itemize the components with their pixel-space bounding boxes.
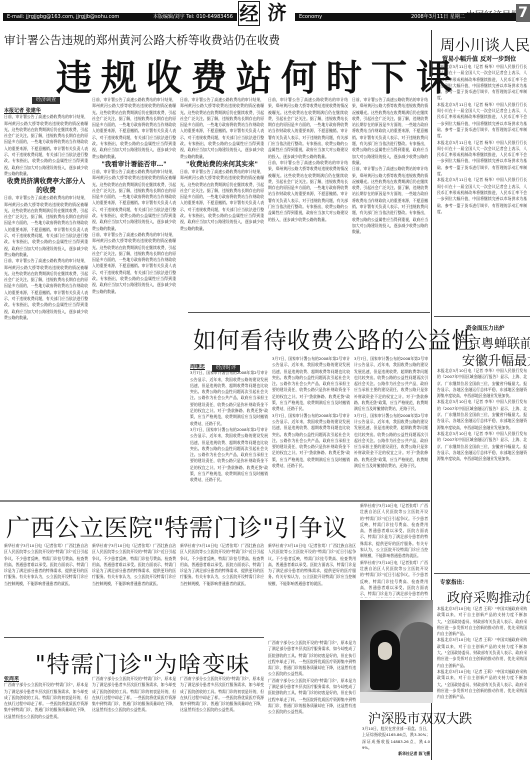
sidebar-story1-body: 本报北京3月11日电（记者 杨华）中国人民银行行长周小川在十一届全国人大一次会议… [437, 64, 527, 312]
opinion-body-2: 3月7日，国家审计署公布的2008年第2号审计公告显示，近年来，我国收费公路的建… [272, 356, 350, 413]
sidebar-story1-text-b: 本报北京3月11日电（记者 杨华）中国人民银行行长周小川在十一届全国人大一次会议… [437, 102, 527, 140]
opinion-column-1: 周继忠 3月7日，国家审计署公布的2008年第2号审计公告显示，近年来，我国收费… [190, 364, 268, 497]
sidebar-story3-text-b: 本报北京3月10日电（记者 王莉）"中国实施政府采购政策以来，对于自主创新产品的… [437, 637, 527, 668]
newspaper-logo: 中国经济导报 [466, 8, 520, 21]
commentary-body-4b: 广西南宁部分公立医院开设的"特需门诊"，原本是为了满足部分患者多层次医疗服务需求… [268, 678, 356, 716]
commentary-body-3: 广西南宁部分公立医院开设的"特需门诊"，原本是为了满足部分患者多层次医疗服务需求… [180, 676, 264, 714]
hospital-body-5: 新华社南宁3月10日电（记者张莺）广西壮族自治区人民医院等公立医院开设的"特需门… [360, 503, 428, 560]
lead-column-5: 日前，审计署公告了高速公路收费站的审计结果，郑州黄河公路大桥等收费站违规收费的情… [352, 97, 428, 307]
photo-caption-text: 3月10日，股民在营业部一看盘。当日，上证综指收报4165.86点，跌3.30%… [362, 726, 430, 751]
lead-body-1b: 日前，审计署公告了高速公路收费站的审计结果，郑州黄河公路大桥等收费站违规收费的情… [4, 195, 88, 258]
lead-label: 经济调查 [32, 97, 60, 104]
commentary-body-2: 广西南宁部分公立医院开设的"特需门诊"，原本是为了满足部分患者多层次医疗服务需求… [92, 676, 176, 714]
lead-body-5: 日前，审计署公告了高速公路收费站的审计结果，郑州黄河公路大桥等收费站违规收费的情… [352, 97, 428, 166]
lead-body-2c: 日前，审计署公告了高速公路收费站的审计结果，郑州黄河公路大桥等收费站违规收费的情… [92, 232, 176, 295]
sidebar-story2-text-b: 本报北京3月10日电（记者 李华）中国人民银行发布的《2007年中国区域金融运行… [437, 399, 527, 430]
photo-figure-woman [370, 630, 400, 690]
hospital-body-4: 新华社南宁3月10日电（记者张莺）广西壮族自治区人民医院等公立医院开设的"特需门… [268, 543, 356, 587]
lead-body-4: 日前，审计署公告了高速公路收费站的审计结果，郑州黄河公路大桥等收费站违规收费的情… [268, 97, 348, 160]
lead-body-4b: 日前，审计署公告了高速公路收费站的审计结果，郑州黄河公路大桥等收费站违规收费的情… [268, 160, 348, 223]
lead-body-3b: 日前，审计署公告了高速公路收费站的审计结果，郑州黄河公路大桥等收费站违规收费的情… [180, 169, 264, 232]
sidebar-story2-text: 本报北京3月10日电（记者 李华）中国人民银行发布的《2007年中国区域金融运行… [437, 368, 527, 399]
lead-body-1: 日前，审计署公告了高速公路收费站的审计结果，郑州黄河公路大桥等收费站违规收费的情… [4, 114, 88, 177]
email-text: E-mail: jjrgjjgbg@163.com, jjrgjjb@sohu.… [7, 14, 119, 20]
lead-headline: 违规收费站何时下课 [56, 50, 461, 101]
opinion-body-2b: 3月7日，国家审计署公布的2008年第2号审计公告显示，近年来，我国收费公路的建… [272, 413, 350, 470]
lead-column-1: 经济调查 本报记者 张建华 日前，审计署公告了高速公路收费站的审计结果，郑州黄河… [4, 97, 88, 497]
commentary-column-4: 广西南宁部分公立医院开设的"特需门诊"，原本是为了满足部分患者多层次医疗服务需求… [268, 640, 356, 760]
sidebar-story1-headline: 周小川谈人民币汇率 [440, 34, 530, 55]
opinion-column-3: 3月7日，国家审计署公布的2008年第2号审计公告显示，近年来，我国收费公路的建… [354, 356, 428, 497]
opinion-column-2: 3月7日，国家审计署公布的2008年第2号审计公告显示，近年来，我国收费公路的建… [272, 356, 350, 497]
hospital-body-2: 新华社南宁3月10日电（记者张莺）广西壮族自治区人民医院等公立医院开设的"特需门… [92, 543, 176, 587]
sidebar-story2-body: 本报北京3月10日电（记者 李华）中国人民银行发布的《2007年中国区域金融运行… [437, 368, 527, 560]
commentary-headline: "特需门诊"为啥变味 [35, 646, 250, 679]
header-bar-left: E-mail: jjrgjjgbg@163.com, jjrgjjb@sohu.… [3, 13, 237, 21]
lead-column-3: 日前，审计署公告了高速公路收费站的审计结果，郑州黄河公路大桥等收费站违规收费的情… [180, 97, 264, 307]
hospital-column-5: 新华社南宁3月10日电（记者张莺）广西壮族自治区人民医院等公立医院开设的"特需门… [360, 503, 428, 598]
hospital-column-3: 新华社南宁3月10日电（记者张莺）广西壮族自治区人民医院等公立医院开设的"特需门… [180, 543, 264, 633]
sidebar-rule-2 [434, 573, 530, 574]
page-number: 7 [516, 4, 530, 22]
sidebar-story1-subheadline: 贸易小幅升值 反对一步到位 [442, 54, 516, 63]
sidebar-story3-body: 本报北京3月10日电（记者 王莉）"中国实施政府采购政策以来，对于自主创新产品的… [437, 606, 527, 761]
hospital-body-3: 新华社南宁3月10日电（记者张莺）广西壮族自治区人民医院等公立医院开设的"特需门… [180, 543, 264, 587]
section-title-char2: 济 [266, 1, 288, 26]
hospital-headline: 广西公立医院"特需门诊"引争议 [6, 508, 348, 543]
commentary-body-1: 广西南宁部分公立医院开设的"特需门诊"，原本是为了满足部分患者多层次医疗服务需求… [4, 682, 88, 720]
lead-kicker: 审计署公告违规的郑州黄河公路大桥等收费站仍在收费 [4, 32, 280, 48]
opinion-body-1: 3月7日，国家审计署公布的2008年第2号审计公告显示，近年来，我国收费公路的建… [190, 370, 268, 427]
sidebar-story1-text-d: 本报北京3月11日电（记者 杨华）中国人民银行行长周小川在十一届全国人大一次会议… [437, 177, 527, 215]
lead-subhead-3: "收费站费的来何其实来" [180, 160, 264, 169]
lead-body-1c: 日前，审计署公告了高速公路收费站的审计结果，郑州黄河公路大桥等收费站违规收费的情… [4, 258, 88, 321]
sidebar-story1-text-c: 本报北京3月11日电（记者 杨华）中国人民银行行长周小川在十一届全国人大一次会议… [437, 140, 527, 178]
commentary-top-rule [4, 637, 264, 638]
editor-tel-text: 本版编辑/刘宇 Tel: 010-64983456 [153, 13, 233, 21]
lead-subhead-1: 收费员挤满收费亭大部分人的收费 [4, 177, 88, 195]
opinion-body-3b: 3月7日，国家审计署公布的2008年第2号审计公告显示，近年来，我国收费公路的建… [354, 413, 428, 470]
sidebar-rule-1 [434, 316, 530, 317]
opinion-body-1b: 3月7日，国家审计署公布的2008年第2号审计公告显示，近年来，我国收费公路的建… [190, 427, 268, 484]
commentary-column-3: 广西南宁部分公立医院开设的"特需门诊"，原本是为了满足部分患者多层次医疗服务需求… [180, 676, 264, 761]
lead-column-2: 日前，审计署公告了高速公路收费站的审计结果，郑州黄河公路大桥等收费站违规收费的情… [92, 97, 176, 497]
sidebar-story3-text: 本报北京3月10日电（记者 王莉）"中国实施政府采购政策以来，对于自主创新产品的… [437, 606, 527, 637]
hospital-top-rule [0, 500, 430, 502]
section-english: Economy [299, 14, 322, 20]
sidebar-story2-text-c: 本报北京3月10日电（记者 李华）中国人民银行发布的《2007年中国区域金融运行… [437, 431, 527, 462]
lead-body-2b: 日前，审计署公告了高速公路收费站的审计结果，郑州黄河公路大桥等收费站违规收费的情… [92, 169, 176, 232]
photo-caption-body: 3月10日，股民在营业部一看盘。当日，上证综指收报4165.86点，跌3.30%… [362, 726, 430, 761]
lead-body-2: 日前，审计署公告了高速公路收费站的审计结果，郑州黄河公路大桥等收费站违规收费的情… [92, 97, 176, 160]
hospital-column-2: 新华社南宁3月10日电（记者张莺）广西壮族自治区人民医院等公立医院开设的"特需门… [92, 543, 176, 633]
lead-body-5b: 日前，审计署公告了高速公路收费站的审计结果，郑州黄河公路大桥等收费站违规收费的情… [352, 166, 428, 235]
commentary-body-4: 广西南宁部分公立医院开设的"特需门诊"，原本是为了满足部分患者多层次医疗服务需求… [268, 640, 356, 678]
opinion-headline: 如何看待收费公路的公益性 [193, 322, 475, 355]
photo-desk [360, 692, 433, 703]
lead-column-4: 日前，审计署公告了高速公路收费站的审计结果，郑州黄河公路大桥等收费站违规收费的情… [268, 97, 348, 307]
sidebar-story3-kicker: 专家指出： [440, 578, 468, 586]
section-title-char1: 经 [238, 1, 260, 26]
sidebar-story3-text-c: 本报北京3月10日电（记者 王莉）"中国实施政府采购政策以来，对于自主创新产品的… [437, 669, 527, 700]
photo-figure-back [400, 622, 433, 703]
photo-caption-title: 沪深股市双双大跌 [368, 708, 472, 727]
hospital-column-1: 新华社南宁3月10日电（记者张莺）广西壮族自治区人民医院等公立医院开设的"特需门… [4, 543, 88, 633]
opinion-body-3: 3月7日，国家审计署公布的2008年第2号审计公告显示，近年来，我国收费公路的建… [354, 356, 428, 413]
issue-date: 2008年3月11日 星期二 [411, 13, 465, 21]
lead-subhead-2: "我看审计署能否审…" [92, 160, 176, 169]
commentary-column-2: 广西南宁部分公立医院开设的"特需门诊"，原本是为了满足部分患者多层次医疗服务需求… [92, 676, 176, 761]
page-header: E-mail: jjrgjjgbg@163.com, jjrgjjb@sohu.… [0, 0, 530, 28]
sidebar-story3-headline: 政府采购推动创新 [447, 587, 530, 606]
hospital-column-4: 新华社南宁3月10日电（记者张莺）广西壮族自治区人民医院等公立医院开设的"特需门… [268, 543, 356, 598]
photo-face [378, 642, 392, 660]
hospital-body-5b: 新华社南宁3月10日电（记者张莺）广西壮族自治区人民医院等公立医院开设的"特需门… [360, 560, 428, 598]
commentary-column-1: 张周来 广西南宁部分公立医院开设的"特需门诊"，原本是为了满足部分患者多层次医疗… [4, 676, 88, 761]
hospital-body-1: 新华社南宁3月10日电（记者张莺）广西壮族自治区人民医院等公立医院开设的"特需门… [4, 543, 88, 587]
photo-credit: 新华社记者 陈飞摄 [362, 751, 430, 757]
lead-body-3: 日前，审计署公告了高速公路收费站的审计结果，郑州黄河公路大桥等收费站违规收费的情… [180, 97, 264, 160]
opinion-top-rule [188, 312, 430, 313]
news-photo [360, 600, 433, 703]
sidebar-story1-text: 本报北京3月11日电（记者 杨华）中国人民银行行长周小川在十一届全国人大一次会议… [437, 64, 527, 102]
